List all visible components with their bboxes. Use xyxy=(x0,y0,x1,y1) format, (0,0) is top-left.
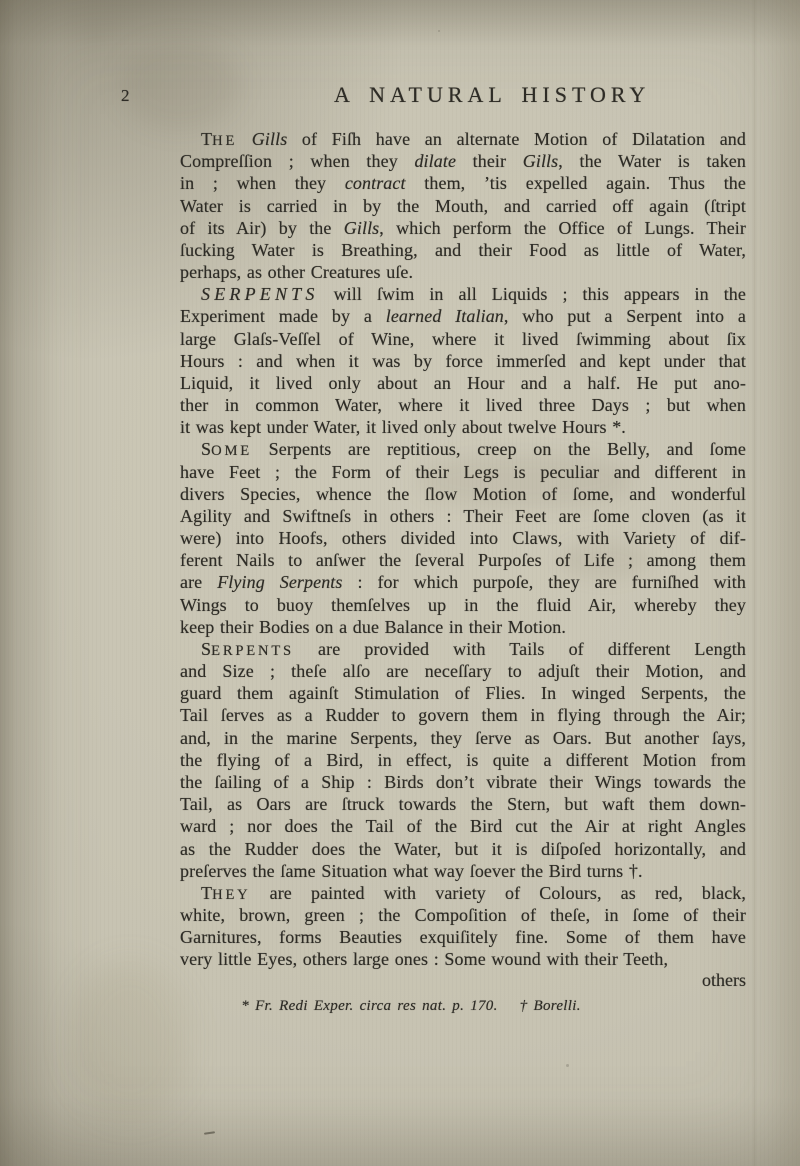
running-title: A NATURAL HISTORY xyxy=(334,82,650,108)
text-line: ſucking Water is Breathing, and their Fo… xyxy=(180,239,746,261)
text-line: keep their Bodies on a due Balance in th… xyxy=(180,616,746,638)
text-line: ferent Nails to anſwer the ſeveral Purpo… xyxy=(180,549,746,571)
text-line: SOME Serpents are reptitious, creep on t… xyxy=(180,438,746,460)
footnote-redi-citation: * Fr. Redi Exper. circa res nat. p. 170. xyxy=(241,998,497,1014)
footnote-borelli-citation: † Borelli. xyxy=(520,998,581,1014)
text-line: large Glaſs-Veſſel of Wine, where it liv… xyxy=(180,328,746,350)
text-block: THE Gills of Fiſh have an alternate Moti… xyxy=(180,128,746,971)
text-line: Wings to buoy themſelves up in the fluid… xyxy=(180,594,746,616)
text-line: Tail, as Oars are ſtruck towards the Ste… xyxy=(180,793,746,815)
text-line: Experiment made by a learned Italian, wh… xyxy=(180,305,746,327)
paper-stain xyxy=(70,960,190,1120)
text-line: THE Gills of Fiſh have an alternate Moti… xyxy=(180,128,746,150)
text-line: have Feet ; the Form of their Legs is pe… xyxy=(180,461,746,483)
text-line: Liquid, it lived only about an Hour and … xyxy=(180,372,746,394)
text-line: divers Species, whence the ſlow Motion o… xyxy=(180,483,746,505)
text-line: Tail ſerves as a Rudder to govern them i… xyxy=(180,704,746,726)
text-line: Hours : and when it was by force immerſe… xyxy=(180,350,746,372)
paper-crease xyxy=(753,0,756,1166)
text-line: THEY are painted with variety of Colours… xyxy=(180,882,746,904)
text-line: SERPENTS are provided with Tails of diff… xyxy=(180,638,746,660)
book-page: 2 A NATURAL HISTORY THE Gills of Fiſh ha… xyxy=(0,0,800,1166)
text-line: guard them againſt Stimulation of Flies.… xyxy=(180,682,746,704)
text-line: ward ; nor does the Tail of the Bird cut… xyxy=(180,815,746,837)
text-line: perhaps, as other Creatures uſe. xyxy=(180,261,746,283)
text-line: are Flying Serpents : for which purpoſe,… xyxy=(180,571,746,593)
text-line: Garnitures, forms Beauties exquiſitely f… xyxy=(180,926,746,948)
text-line: it was kept under Water, it lived only a… xyxy=(180,416,746,438)
paper-fleck xyxy=(204,1131,215,1135)
text-line: and Size ; theſe alſo are neceſſary to a… xyxy=(180,660,746,682)
text-line: of its Air) by the Gills, which perform … xyxy=(180,217,746,239)
text-line: preſerves the ſame Situation what way ſo… xyxy=(180,860,746,882)
paper-stain xyxy=(120,40,240,130)
text-line: in ; when they contract them, ’tis expel… xyxy=(180,172,746,194)
text-line: white, brown, green ; the Compoſition of… xyxy=(180,904,746,926)
text-line: SERPENTS will ſwim in all Liquids ; this… xyxy=(180,283,746,305)
text-line: Compreſſion ; when they dilate their Gil… xyxy=(180,150,746,172)
page-number: 2 xyxy=(121,86,130,106)
paper-fleck xyxy=(566,1064,569,1067)
catchword: others xyxy=(180,969,746,991)
text-line: as the Rudder does the Water, but it is … xyxy=(180,838,746,860)
text-line: Agility and Swiftneſs in others : Their … xyxy=(180,505,746,527)
footnote: * Fr. Redi Exper. circa res nat. p. 170.… xyxy=(128,998,694,1015)
text-line: Water is carried in by the Mouth, and ca… xyxy=(180,195,746,217)
paper-fleck xyxy=(438,30,440,32)
text-line: the flying of a Bird, in effect, is quit… xyxy=(180,749,746,771)
text-line: ther in common Water, where it lived thr… xyxy=(180,394,746,416)
text-line: and, in the marine Serpents, they ſerve … xyxy=(180,727,746,749)
text-line: were) into Hoofs, others divided into Cl… xyxy=(180,527,746,549)
text-line: very little Eyes, others large ones : So… xyxy=(180,948,746,970)
text-line: the ſailing of a Ship : Birds don’t vibr… xyxy=(180,771,746,793)
